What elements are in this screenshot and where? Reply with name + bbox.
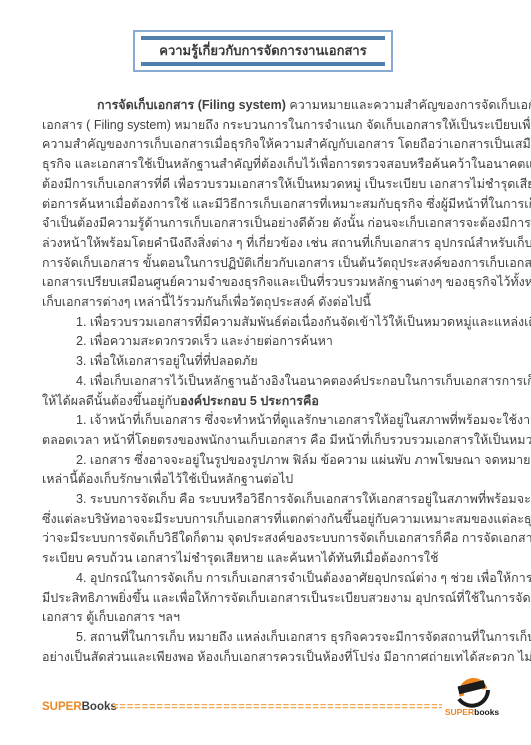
text-line: ความสำคัญของการเก็บเอกสารเมื่อธุรกิจให้ค…: [42, 135, 490, 155]
text-line: 1. เจ้าหน้าที่เก็บเอกสาร ซึ่งจะทำหน้าที่…: [42, 411, 490, 431]
text-line: เก็บเอกสารต่างๆ เหล่านี้ไว้รวมกันก็เพื่อ…: [42, 293, 490, 313]
text-line: การจัดเก็บเอกสาร ขั้นตอนในการปฏิบัติเกี่…: [42, 254, 490, 274]
text-line: ระเบียบ ครบถ้วน เอกสารไม่ชำรุดเสียหาย แล…: [42, 549, 490, 569]
footer-brand-left: SUPERBooks: [42, 701, 117, 713]
footer-logo-super: SUPER: [445, 707, 474, 717]
text-line: จำเป็นต้องมีความรู้ด้านการเก็บเอกสารเป็น…: [42, 214, 490, 234]
text-line: มีประสิทธิภาพยิ่งขึ้น และเพื่อให้การจัดเ…: [42, 589, 490, 609]
document-page: ความรู้เกี่ยวกับการจัดการงานเอกสาร การจั…: [0, 0, 531, 745]
text-line: ธุรกิจ และเอกสารใช้เป็นหลักฐานสำคัญที่ต้…: [42, 155, 490, 175]
text-line: เอกสาร ตู้เก็บเอกสาร ฯลฯ: [42, 608, 490, 628]
text-line: 2. เพื่อความสะดวกรวดเร็ว และง่ายต่อการค้…: [42, 332, 490, 352]
text-line: การจัดเก็บเอกสาร (Filing system) ความหมา…: [42, 96, 490, 116]
footer-separator-line: ========================================…: [112, 701, 442, 713]
text-line: ต่อการค้นหาเมื่อต้องการใช้ และมีวิธีการเ…: [42, 195, 490, 215]
text-line: ซึ่งแต่ละบริษัทอาจจะมีระบบการเก็บเอกสารท…: [42, 510, 490, 530]
footer-brand-super: SUPER: [42, 701, 82, 713]
text-line: ให้ได้ผลดีนั้นต้องขึ้นอยู่กับองค์ประกอบ …: [42, 392, 490, 412]
superbooks-logo-icon: [452, 668, 492, 708]
body-text: การจัดเก็บเอกสาร (Filing system) ความหมา…: [42, 96, 490, 667]
page-title: ความรู้เกี่ยวกับการจัดการงานเอกสาร: [141, 42, 385, 61]
text-line: 2. เอกสาร ซึ่งอาจจะอยู่ในรูปของรูปภาพ ฟิ…: [42, 451, 490, 471]
text-line: 3. เพื่อให้เอกสารอยู่ในที่ที่ปลอดภัย: [42, 352, 490, 372]
text-line: เหล่านี้ต้องเก็บรักษาเพื่อไว้ใช้เป็นหลัก…: [42, 470, 490, 490]
page-footer: SUPERBooks =============================…: [0, 668, 531, 728]
text-line: 3. ระบบการจัดเก็บ คือ ระบบหรือวิธีการจัด…: [42, 490, 490, 510]
text-line: ต้องมีการเก็บเอกสารที่ดี เพื่อรวบรวมเอกส…: [42, 175, 490, 195]
text-line: ว่าจะมีระบบการจัดเก็บวิธีใดก็ตาม จุดประส…: [42, 529, 490, 549]
footer-logo: SUPERbooks: [441, 668, 503, 720]
text-line: 4. อุปกรณ์ในการจัดเก็บ การเก็บเอกสารจำเป…: [42, 569, 490, 589]
footer-logo-books: books: [474, 707, 499, 717]
title-box: ความรู้เกี่ยวกับการจัดการงานเอกสาร: [133, 30, 393, 72]
text-line: อย่างเป็นสัดส่วนและเพียงพอ ห้องเก็บเอกสา…: [42, 648, 490, 668]
text-line: 5. สถานที่ในการเก็บ หมายถึง แหล่งเก็บเอก…: [42, 628, 490, 648]
text-line: เอกสารเปรียบเสมือนศูนย์ความจำของธุรกิจแล…: [42, 273, 490, 293]
text-line: ตลอดเวลา หน้าที่โดยตรงของพนักงานเก็บเอกส…: [42, 431, 490, 451]
text-line: 4. เพื่อเก็บเอกสารไว้เป็นหลักฐานอ้างอิงใ…: [42, 372, 490, 392]
title-box-bottom-rule: [141, 62, 385, 66]
footer-logo-label: SUPERbooks: [441, 707, 503, 717]
text-line: ล่วงหน้าให้พร้อมโดยคำนึงถึงสิ่งต่าง ๆ ที…: [42, 234, 490, 254]
text-line: 1. เพื่อรวบรวมเอกสารที่มีความสัมพันธ์ต่อ…: [42, 313, 490, 333]
text-line: เอกสาร ( Filing system) หมายถึง กระบวนกา…: [42, 116, 490, 136]
title-box-top-rule: [141, 36, 385, 40]
